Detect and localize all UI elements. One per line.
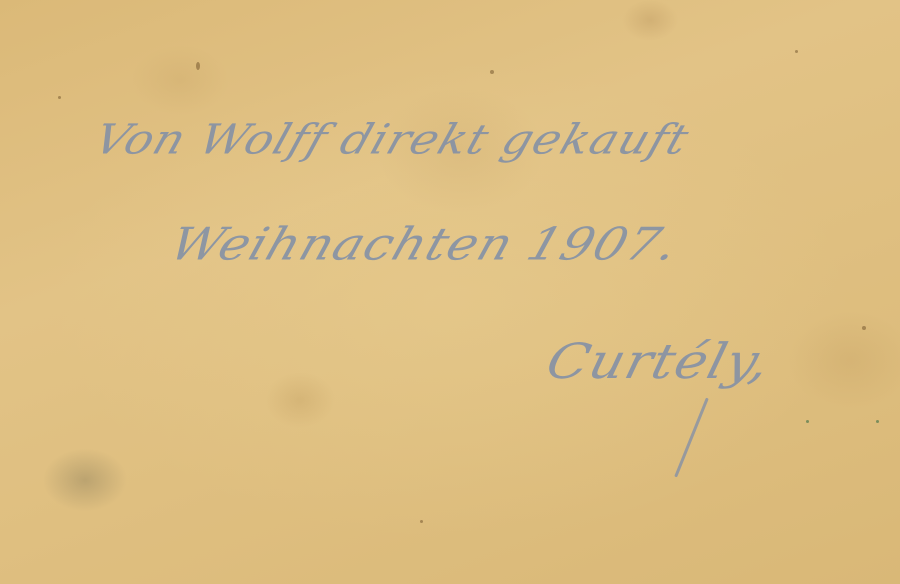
paper-speck bbox=[806, 420, 809, 423]
aged-paper-background bbox=[0, 0, 900, 584]
paper-speck bbox=[420, 520, 423, 523]
handwritten-line-2: Weihnachten 1907. bbox=[164, 218, 686, 270]
handwritten-line-1: Von Wolff direkt gekauft bbox=[88, 115, 695, 164]
paper-speck bbox=[490, 70, 494, 74]
paper-speck bbox=[795, 50, 798, 53]
paper-speck bbox=[862, 326, 866, 330]
paper-speck bbox=[58, 96, 61, 99]
signature: Curtély, bbox=[541, 333, 776, 390]
paper-speck bbox=[196, 62, 200, 70]
paper-speck bbox=[876, 420, 879, 423]
